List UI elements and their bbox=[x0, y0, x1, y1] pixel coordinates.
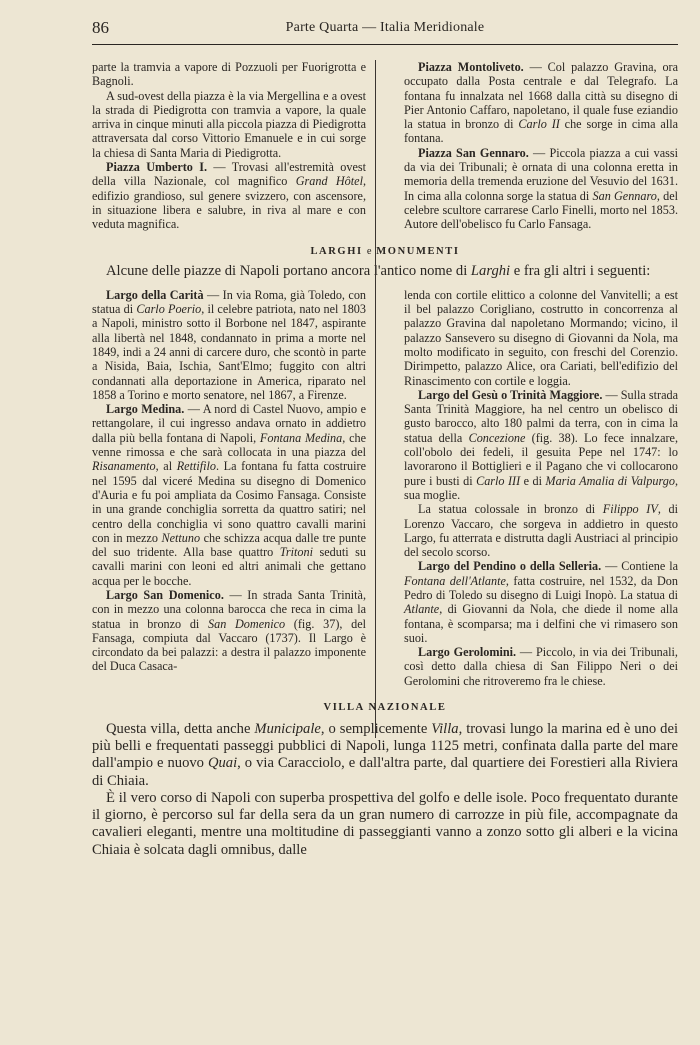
entry-piazza-umberto: Piazza Umberto I. — Trovasi all'estremit… bbox=[92, 160, 366, 231]
paragraph-continuation: lenda con cortile elittico a colonne del… bbox=[404, 288, 678, 388]
entry-largo-gerolomini: Largo Gerolomini. — Piccolo, in via dei … bbox=[404, 645, 678, 688]
entry-title: Largo del Gesù o Trinità Maggiore. bbox=[418, 388, 602, 402]
column-divider bbox=[375, 288, 376, 738]
running-title: Parte Quarta — Italia Meridionale bbox=[92, 20, 678, 36]
entry-title: Piazza San Gennaro. bbox=[418, 146, 529, 160]
entry-largo-carita: Largo della Carità — In via Roma, già To… bbox=[92, 288, 366, 402]
larghi-columns: Largo della Carità — In via Roma, già To… bbox=[92, 288, 678, 688]
right-column: lenda con cortile elittico a colonne del… bbox=[404, 288, 678, 688]
running-header: 86 Parte Quarta — Italia Meridionale bbox=[92, 18, 678, 40]
entry-title: Largo Gerolomini. bbox=[418, 645, 516, 659]
column-divider bbox=[375, 60, 376, 292]
paragraph: A sud-ovest della piazza è la via Mergel… bbox=[92, 89, 366, 160]
paragraph-filippo-iv: La statua colossale in bronzo di Filippo… bbox=[404, 502, 678, 559]
header-rule bbox=[92, 44, 678, 45]
section-heading-larghi: LARGHI e MONUMENTI bbox=[92, 246, 678, 257]
larghi-intro: Alcune delle piazze di Napoli portano an… bbox=[92, 263, 678, 280]
villa-paragraph-1: Questa villa, detta anche Municipale, o … bbox=[92, 721, 678, 790]
entry-title: Largo del Pendino o della Selleria. bbox=[418, 559, 601, 573]
entry-title: Largo San Domenico. bbox=[106, 588, 224, 602]
villa-paragraph-2: È il vero corso di Napoli con superba pr… bbox=[92, 790, 678, 859]
entry-title: Largo Medina. bbox=[106, 402, 184, 416]
entry-title: Largo della Carità bbox=[106, 288, 204, 302]
left-column: Largo della Carità — In via Roma, già To… bbox=[92, 288, 366, 688]
entry-largo-san-domenico: Largo San Domenico. — In strada Santa Tr… bbox=[92, 588, 366, 674]
entry-piazza-san-gennaro: Piazza San Gennaro. — Piccola piazza a c… bbox=[404, 146, 678, 232]
entry-largo-pendino: Largo del Pendino o della Selleria. — Co… bbox=[404, 559, 678, 645]
entry-largo-gesu: Largo del Gesù o Trinità Maggiore. — Sul… bbox=[404, 388, 678, 502]
entry-piazza-montoliveto: Piazza Montoliveto. — Col palazzo Gravin… bbox=[404, 60, 678, 146]
entry-title: Piazza Umberto I. bbox=[106, 160, 207, 174]
entry-largo-medina: Largo Medina. — A nord di Castel Nuovo, … bbox=[92, 402, 366, 588]
right-column: Piazza Montoliveto. — Col palazzo Gravin… bbox=[404, 60, 678, 232]
top-columns: parte la tramvia a vapore di Pozzuoli pe… bbox=[92, 60, 678, 232]
paragraph: parte la tramvia a vapore di Pozzuoli pe… bbox=[92, 60, 366, 89]
section-heading-villa: VILLA NAZIONALE bbox=[92, 702, 678, 713]
entry-title: Piazza Montoliveto. bbox=[418, 60, 524, 74]
book-page: 86 Parte Quarta — Italia Meridionale par… bbox=[92, 18, 678, 859]
left-column: parte la tramvia a vapore di Pozzuoli pe… bbox=[92, 60, 366, 232]
